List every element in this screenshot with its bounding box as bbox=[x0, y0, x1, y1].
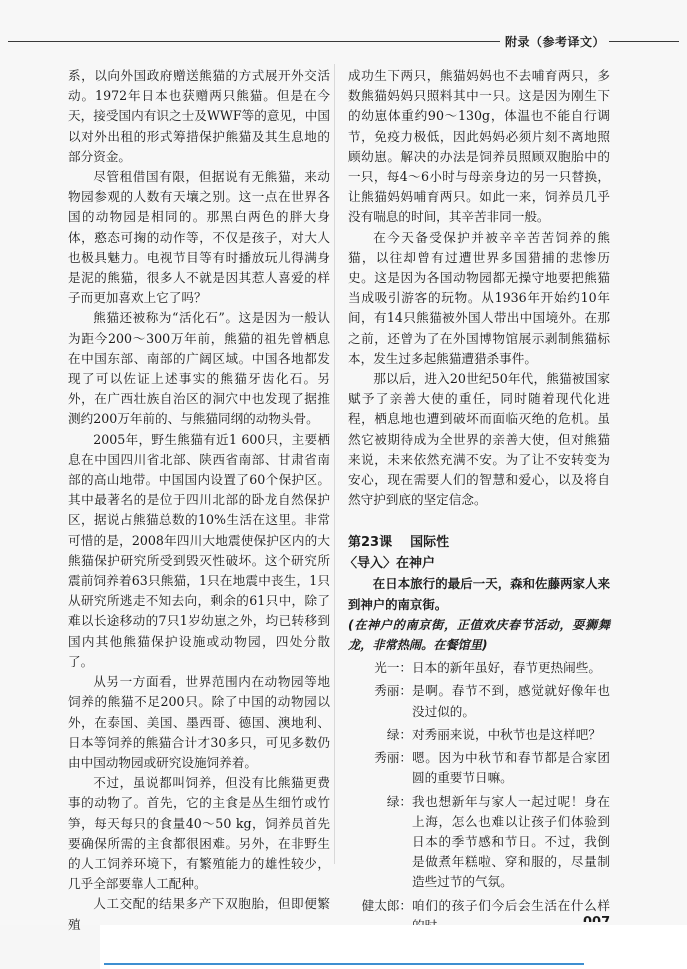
dialog-text: 日本的新年虽好，春节更热闹些。 bbox=[412, 658, 610, 678]
column-divider bbox=[334, 64, 335, 864]
dialog-line: 绿： 我也想新年与家人一起过呢！身在上海，怎么也难以让孩子们体验到日本的季节感和… bbox=[348, 792, 610, 893]
header-rule-left bbox=[8, 41, 500, 42]
dialog-line: 绿： 对秀丽来说，中秋节也是这样吧？ bbox=[348, 725, 610, 745]
dialog-text: 是啊。春节不到，感觉就好像年也没过似的。 bbox=[412, 681, 610, 721]
dialog-line: 光一： 日本的新年虽好，春节更热闹些。 bbox=[348, 658, 610, 678]
speaker-name: 光一： bbox=[348, 658, 412, 678]
document-page: 附录（参考译文） 系，以向外国政府赠送熊猫的方式展开外交活动。1972年日本也获… bbox=[0, 0, 687, 925]
right-column: 成功生下两只，熊猫妈妈也不去哺育两只，多数熊猫妈妈只照料其中一只。这是因为刚生下… bbox=[348, 66, 610, 936]
paragraph: 2005年，野生熊猫有近1 600只，主要栖息在中国四川省北部、陕西省南部、甘肃… bbox=[68, 430, 330, 672]
paragraph: 成功生下两只，熊猫妈妈也不去哺育两只，多数熊猫妈妈只照料其中一只。这是因为刚生下… bbox=[348, 66, 610, 228]
page-number: 007 bbox=[583, 912, 610, 922]
dialog-line: 秀丽： 嗯。因为中秋节和春节都是合家团圆的重要节日嘛。 bbox=[348, 748, 610, 788]
paragraph: 那以后，进入20世纪50年代，熊猫被国家赋予了亲善大使的重任，同时随着现代化进程… bbox=[348, 369, 610, 510]
dialog: 光一： 日本的新年虽好，春节更热闹些。 秀丽： 是啊。春节不到，感觉就好像年也没… bbox=[348, 658, 610, 936]
accent-line bbox=[104, 963, 584, 965]
header-rule-right bbox=[609, 41, 679, 42]
dialog-text: 我也想新年与家人一起过呢！身在上海，怎么也难以让孩子们体验到日本的季节感和节日。… bbox=[412, 792, 610, 893]
speaker-name: 绿： bbox=[348, 792, 412, 893]
paragraph: 在今天备受保护并被辛辛苦苦饲养的熊猫，以往却曾有过遭世界多国猎捕的悲惨历史。这是… bbox=[348, 228, 610, 369]
paragraph: 尽管租借国有限，但据说有无熊猫，来动物园参观的人数有天壤之别。这一点在世界各国的… bbox=[68, 167, 330, 308]
intro-heading: 〈导入〉在神户 bbox=[344, 554, 610, 574]
paragraph: 熊猫还被称为“活化石”。这是因为一般认为距今200～300万年前，熊猫的祖先曾栖… bbox=[68, 308, 330, 429]
left-column: 系，以向外国政府赠送熊猫的方式展开外交活动。1972年日本也获赠两只熊猫。但是在… bbox=[68, 66, 330, 935]
dialog-line: 秀丽： 是啊。春节不到，感觉就好像年也没过似的。 bbox=[348, 681, 610, 721]
speaker-name: 秀丽： bbox=[348, 681, 412, 721]
speaker-name: 秀丽： bbox=[348, 748, 412, 788]
speaker-name: 绿： bbox=[348, 725, 412, 745]
lesson-title: 国际性 bbox=[410, 535, 449, 550]
intro-text: 在日本旅行的最后一天，森和佐藤两家人来到神户的南京街。 bbox=[348, 574, 610, 614]
stage-direction: (在神户的南京街，正值欢庆春节活动，耍狮舞龙，非常热闹。在餐馆里) bbox=[348, 615, 610, 655]
dialog-text: 对秀丽来说，中秋节也是这样吧？ bbox=[412, 725, 610, 745]
paragraph: 系，以向外国政府赠送熊猫的方式展开外交活动。1972年日本也获赠两只熊猫。但是在… bbox=[68, 66, 330, 167]
paragraph: 不过，虽说都叫饲养，但没有比熊猫更费事的动物了。首先，它的主食是丛生细竹或竹笋，… bbox=[68, 773, 330, 894]
lesson-number: 第23课 bbox=[348, 535, 392, 550]
lesson-heading: 第23课国际性 bbox=[348, 532, 610, 554]
running-header-title: 附录（参考译文） bbox=[505, 33, 605, 50]
paragraph: 从另一方面看，世界范围内在动物园等地饲养的熊猫不足200只。除了中国的动物园以外… bbox=[68, 672, 330, 773]
dialog-text: 嗯。因为中秋节和春节都是合家团圆的重要节日嘛。 bbox=[412, 748, 610, 788]
